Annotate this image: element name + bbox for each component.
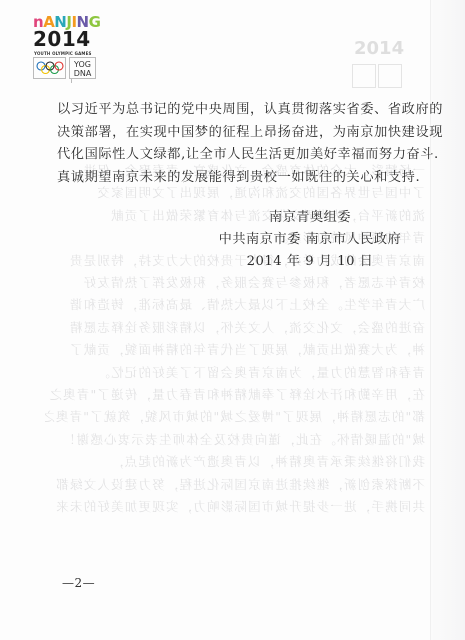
signature-date: 2014 年 9 月 10 日 <box>190 251 430 273</box>
ghost-line: 不断探索创新，继续推进南京国际化进程，努力建设人文绿都 <box>45 474 425 496</box>
body-line: 决策部署，在实现中国梦的征程上昂扬奋进，为南京加快建设现 <box>57 122 427 145</box>
ghost-line: 广大青年学生。全校上下以最大热情、最高标准，铸造和谐 <box>45 294 425 316</box>
ghost-line: 都"的志愿精神，展现了"博爱之城"的城市风貌，筑就了"青奥之 <box>45 406 425 428</box>
ghost-logo-box <box>378 64 402 88</box>
signature-org-1: 南京青奥组委 <box>190 207 430 229</box>
olympic-rings-box <box>33 57 66 79</box>
page-edge-shadow <box>430 0 465 640</box>
olympic-rings-icon <box>34 58 65 78</box>
body-line: 真诚期望南京未来的发展能得到贵校一如既往的关心和支持. <box>57 167 427 190</box>
speech-bubble-tail <box>71 78 72 83</box>
page-number: —2— <box>62 576 95 590</box>
ghost-line: 在，用辛勤和汗水诠释了奉献精神和青春力量，传递了"青奥之 <box>45 384 425 406</box>
document-page: nANJING 2014 YOUTH OLYMPIC GAMES YOG DNA… <box>0 0 465 640</box>
body-line: 以习近平为总书记的党中央周围，认真贯彻落实省委、省政府的 <box>57 99 427 122</box>
ghost-line: 校青年志愿者，积极参与赛会服务，积极发挥了热情友好 <box>45 272 425 294</box>
signature-org-2: 中共南京市委 南京市人民政府 <box>190 229 430 251</box>
badge-line-yog: YOG <box>70 60 95 69</box>
nanjing-2014-logo: nANJING 2014 YOUTH OLYMPIC GAMES YOG DNA <box>33 14 103 92</box>
ghost-logo-box <box>352 64 376 88</box>
logo-subtitle: YOUTH OLYMPIC GAMES <box>34 51 92 56</box>
badge-line-dna: DNA <box>70 69 95 78</box>
ghost-logo-year: 2014 <box>354 38 404 59</box>
ghost-line: 共同携手，进一步提升城市国际影响力，实现更加美好的未来 <box>45 496 425 518</box>
ghost-line: 神，为大赛做出贡献，展现了当代青年的精神面貌，贡献了 <box>45 339 425 361</box>
body-line: 代化国际性人文绿都,让全市人民生活更加美好幸福而努力奋斗. <box>57 144 427 167</box>
ghost-line: 我们将继续秉承青奥精神，以青奥遗产为新的起点， <box>45 451 425 473</box>
signature-block: 南京青奥组委 中共南京市委 南京市人民政府 2014 年 9 月 10 日 <box>190 207 430 273</box>
ghost-line: 奋进的盛会，文化交流，人文关怀，以精彩服务诠释志愿精 <box>45 317 425 339</box>
bleed-through-logo: 2014 <box>350 18 410 88</box>
logo-year: 2014 <box>33 29 91 49</box>
letter-body: 以习近平为总书记的党中央周围，认真贯彻落实省委、省政府的 决策部署，在实现中国梦… <box>57 99 427 189</box>
ghost-line: 青春和智慧的力量，为南京青奥会留下了美好的记忆。 <box>45 362 425 384</box>
yog-dna-badge: YOG DNA <box>69 57 96 79</box>
ghost-line: 城"的温暖情怀。在此，谨向贵校及全体师生表示衷心感谢！ <box>45 429 425 451</box>
